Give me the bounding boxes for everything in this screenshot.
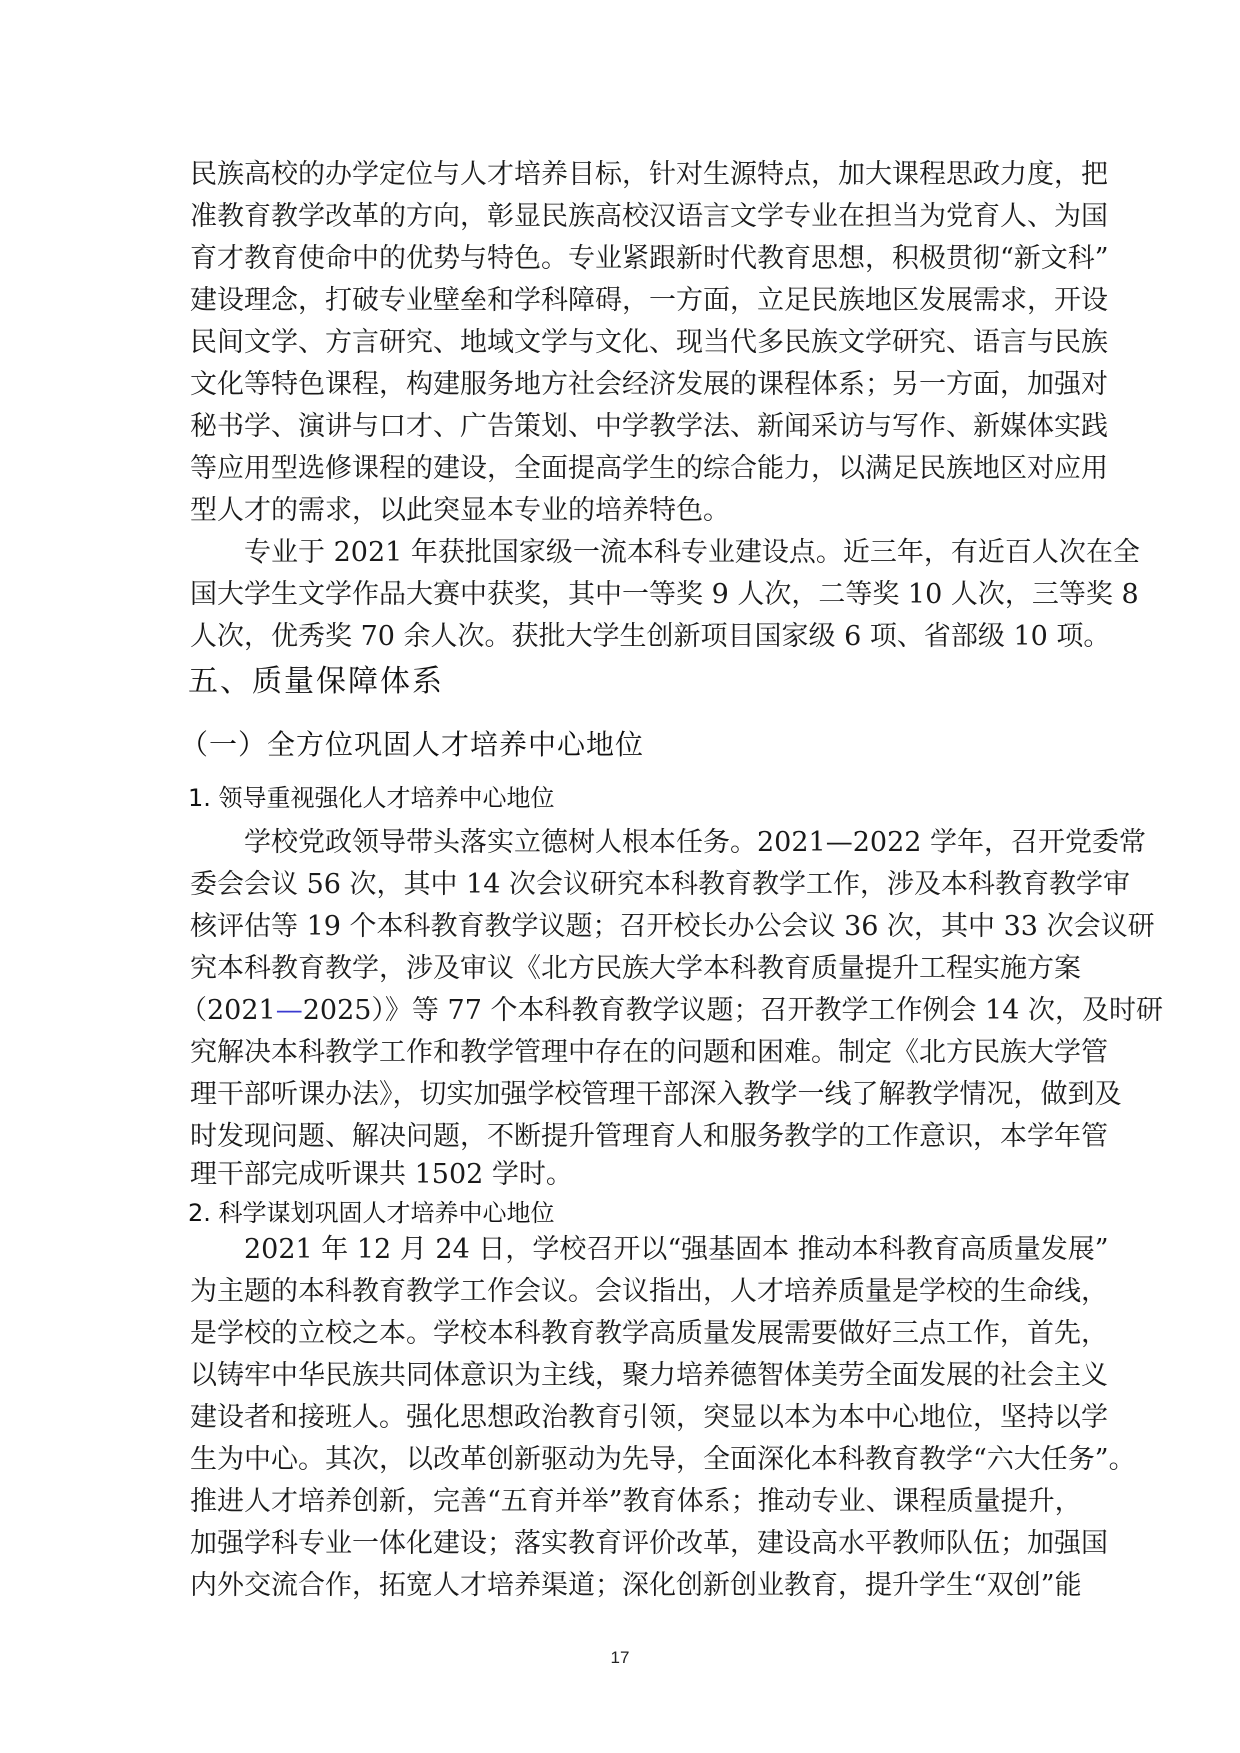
text-line: 型人才的需求，以此突显本专业的培养特色。 xyxy=(190,493,1052,529)
text-line: 核评估等 19 个本科教育教学议题；召开校长办公会议 36 次，其中 33 次会… xyxy=(190,909,1052,945)
text-line: 等应用型选修课程的建设，全面提高学生的综合能力，以满足民族地区对应用 xyxy=(190,451,1052,487)
subsection-heading: （一）全方位巩固人才培养中心地位 xyxy=(180,725,644,765)
text-line: 究解决本科教学工作和教学管理中存在的问题和困难。制定《北方民族大学管 xyxy=(190,1035,1052,1071)
text-line: 生为中心。其次，以改革创新驱动为先导，全面深化本科教育教学“六大任务”。 xyxy=(190,1442,1052,1478)
sub-subsection-heading-2: 2. 科学谋划巩固人才培养中心地位 xyxy=(188,1196,555,1230)
text-line: 推进人才培养创新，完善“五育并举”教育体系；推动专业、课程质量提升， xyxy=(190,1484,1052,1520)
text-line: 委会会议 56 次，其中 14 次会议研究本科教育教学工作，涉及本科教育教学审 xyxy=(190,867,1052,903)
text-line: 以铸牢中华民族共同体意识为主线，聚力培养德智体美劳全面发展的社会主义 xyxy=(190,1358,1052,1394)
text-span: 2025）》等 77 个本科教育教学议题；召开教学工作例会 14 次，及时研 xyxy=(303,995,1163,1026)
text-line: 育才教育使命中的优势与特色。专业紧跟新时代教育思想，积极贯彻“新文科” xyxy=(190,241,1052,277)
text-line: 究本科教育教学，涉及审议《北方民族大学本科教育质量提升工程实施方案 xyxy=(190,951,1052,987)
section-heading: 五、质量保障体系 xyxy=(188,662,444,702)
sub-subsection-heading-1: 1. 领导重视强化人才培养中心地位 xyxy=(188,781,555,815)
document-page: 民族高校的办学定位与人才培养目标，针对生源特点，加大课程思政力度，把 准教育教学… xyxy=(0,0,1240,1753)
text-line: 秘书学、演讲与口才、广告策划、中学教学法、新闻采访与写作、新媒体实践 xyxy=(190,409,1052,445)
text-line: 理干部完成听课共 1502 学时。 xyxy=(190,1157,1052,1193)
text-line: 时发现问题、解决问题，不断提升管理育人和服务教学的工作意识，本学年管 xyxy=(190,1119,1052,1155)
text-span: （2021 xyxy=(180,995,276,1026)
text-line: 内外交流合作，拓宽人才培养渠道；深化创新创业教育，提升学生“双创”能 xyxy=(190,1568,1052,1604)
text-line: 理干部听课办法》，切实加强学校管理干部深入教学一线了解教学情况，做到及 xyxy=(190,1077,1052,1113)
text-line: 准教育教学改革的方向，彰显民族高校汉语言文学专业在担当为党育人、为国 xyxy=(190,199,1052,235)
text-line: 加强学科专业一体化建设；落实教育评价改革，建设高水平教师队伍；加强国 xyxy=(190,1526,1052,1562)
text-line: 建设者和接班人。强化思想政治教育引领，突显以本为本中心地位，坚持以学 xyxy=(190,1400,1052,1436)
text-line: 为主题的本科教育教学工作会议。会议指出，人才培养质量是学校的生命线， xyxy=(190,1274,1052,1310)
text-line: 是学校的立校之本。学校本科教育教学高质量发展需要做好三点工作，首先， xyxy=(190,1316,1052,1352)
text-line: 民族高校的办学定位与人才培养目标，针对生源特点，加大课程思政力度，把 xyxy=(190,157,1052,193)
page-number: 17 xyxy=(0,1648,1240,1668)
text-line: 民间文学、方言研究、地域文学与文化、现当代多民族文学研究、语言与民族 xyxy=(190,325,1052,361)
text-line: 国大学生文学作品大赛中获奖，其中一等奖 9 人次，二等奖 10 人次，三等奖 8 xyxy=(190,577,1052,613)
text-line: 2021 年 12 月 24 日，学校召开以“强基固本 推动本科教育高质量发展” xyxy=(244,1232,1052,1268)
text-line: 专业于 2021 年获批国家级一流本科专业建设点。近三年，有近百人次在全 xyxy=(244,535,1052,571)
text-line: 学校党政领导带头落实立德树人根本任务。2021—2022 学年，召开党委常 xyxy=(244,825,1052,861)
text-line: （2021—2025）》等 77 个本科教育教学议题；召开教学工作例会 14 次… xyxy=(180,993,1052,1029)
text-line: 人次，优秀奖 70 余人次。获批大学生创新项目国家级 6 项、省部级 10 项。 xyxy=(190,619,1052,655)
text-line: 建设理念，打破专业壁垒和学科障碍，一方面，立足民族地区发展需求，开设 xyxy=(190,283,1052,319)
highlighted-dash: — xyxy=(276,995,303,1026)
text-line: 文化等特色课程，构建服务地方社会经济发展的课程体系；另一方面，加强对 xyxy=(190,367,1052,403)
